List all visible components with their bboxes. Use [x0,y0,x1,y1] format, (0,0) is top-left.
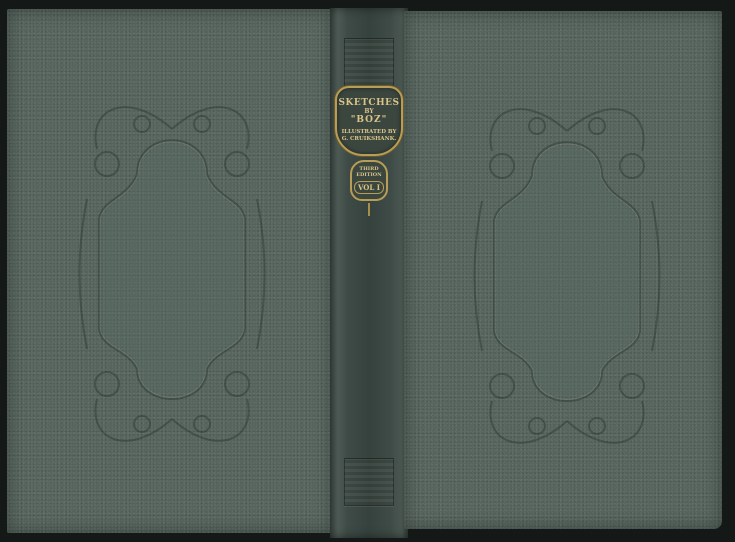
title-line-2: BY [364,108,373,115]
title-line-1: SKETCHES [339,98,400,108]
book-photo: SKETCHES BY "BOZ" ILLUSTRATED BY G. CRUI… [0,0,735,542]
front-board [7,9,333,533]
back-board [404,11,722,529]
back-cartouche-ornament [462,71,672,471]
spine: SKETCHES BY "BOZ" ILLUSTRATED BY G. CRUI… [330,8,408,538]
volume-label: VOL I [354,181,384,194]
title-cartouche: SKETCHES BY "BOZ" ILLUSTRATED BY G. CRUI… [335,86,403,156]
spine-top-ornament [344,38,394,86]
edition-badge: THIRD EDITION VOL I [350,160,388,201]
front-cartouche-ornament [67,69,277,469]
illustrator-line-1: ILLUSTRATED BY [342,129,397,136]
title-line-3: "BOZ" [351,115,388,125]
finial-ornament [368,203,370,216]
illustrator-line-2: G. CRUIKSHANK. [342,136,397,143]
spine-bottom-ornament [344,458,394,506]
spine-title-label: SKETCHES BY "BOZ" ILLUSTRATED BY G. CRUI… [334,86,404,216]
edition-line-2: EDITION [356,172,381,178]
